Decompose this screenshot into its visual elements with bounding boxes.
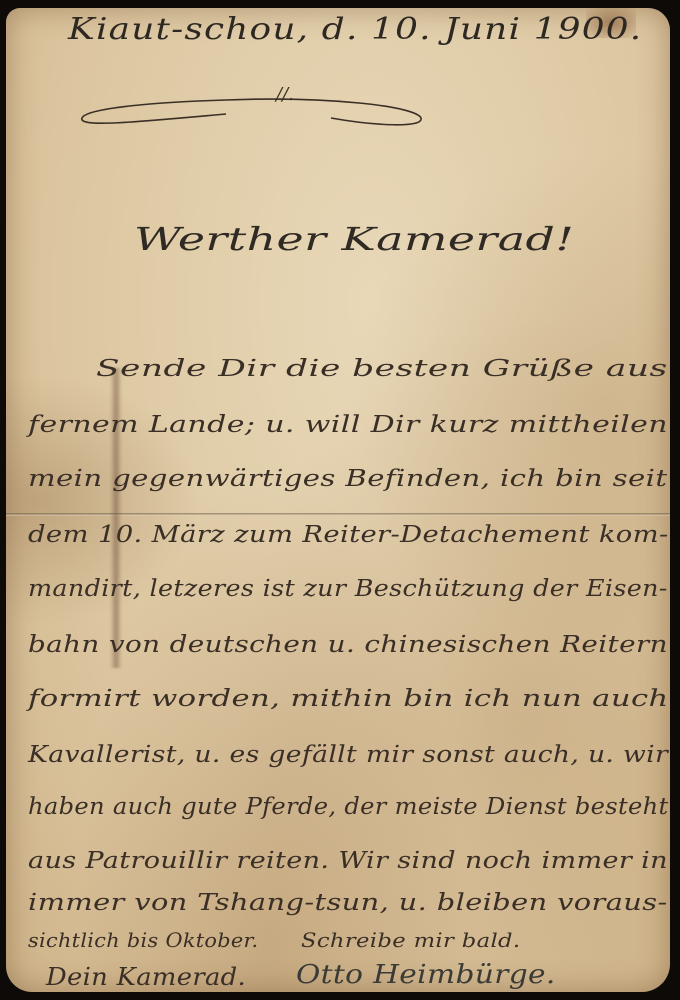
- closing-request: Schreibe mir bald.: [301, 928, 520, 952]
- body-line: dem 10. März zum Reiter-Detachement kom-: [28, 522, 669, 548]
- signature: Otto Heimbürge.: [296, 960, 556, 990]
- flourish-underline: //.: [76, 78, 436, 138]
- closing-line: sichtlich bis Oktober.: [28, 928, 258, 952]
- body-line: immer von Tshang-tsun, u. bleiben voraus…: [28, 890, 668, 916]
- closing-salutation: Dein Kamerad.: [46, 963, 246, 991]
- body-line: formirt worden, mithin bin ich nun auch: [28, 686, 669, 712]
- postcard: Kiaut-schou, d. 10. Juni 1900. //. Werth…: [6, 8, 670, 992]
- body-line: Kavallerist, u. es gefällt mir sonst auc…: [28, 742, 668, 768]
- body-line: mein gegenwärtiges Befinden, ich bin sei…: [28, 466, 667, 492]
- body-line: mandirt, letzeres ist zur Beschützung de…: [28, 576, 668, 602]
- greeting: Werther Kamerad!: [134, 220, 574, 258]
- place-date-header: Kiaut-schou, d. 10. Juni 1900.: [68, 12, 642, 47]
- fold-crease: [6, 513, 670, 516]
- body-line: fernem Lande; u. will Dir kurz mittheile…: [28, 412, 668, 438]
- body-line: Sende Dir die besten Grüße aus: [96, 356, 668, 382]
- header-mark: //.: [274, 84, 294, 105]
- body-line: bahn von deutschen u. chinesischen Reite…: [28, 632, 668, 658]
- body-line: haben auch gute Pferde, der meiste Diens…: [28, 794, 669, 820]
- body-line: aus Patrouillir reiten. Wir sind noch im…: [28, 848, 668, 874]
